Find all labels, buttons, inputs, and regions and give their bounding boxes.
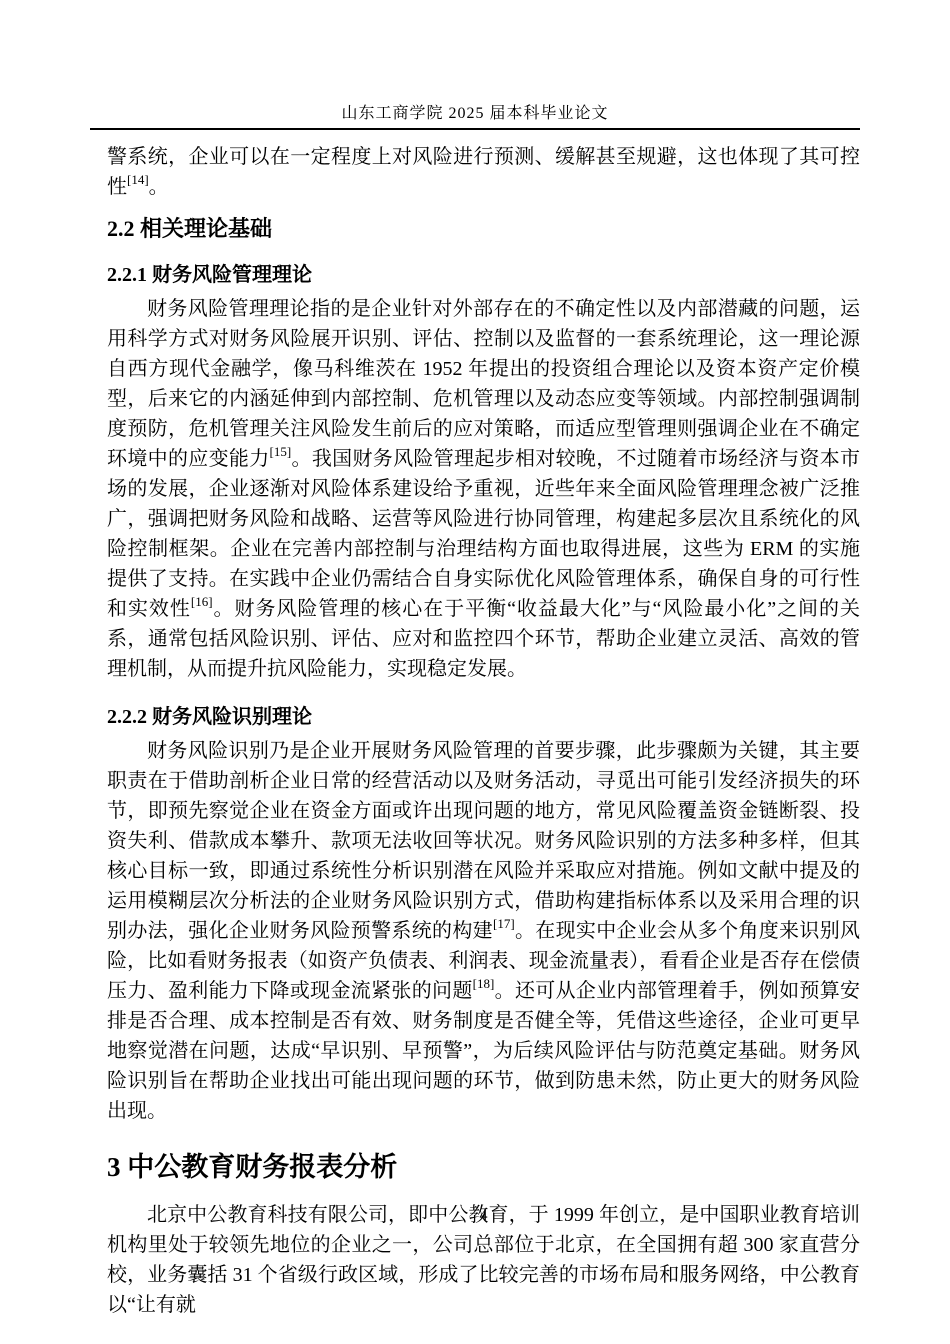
section-heading: 2.2.1 财务风险管理理论	[107, 263, 860, 288]
section-heading: 3 中公教育财务报表分析	[107, 1150, 860, 1184]
text-run: 2.2.2 财务风险识别理论	[107, 706, 312, 728]
footnote-ref: [15]	[270, 444, 292, 459]
text-run: 财务风险识别乃是企业开展财务风险管理的首要步骤，此步骤颇为关键，其主要职责在于借…	[107, 740, 860, 942]
text-run: 2.2 相关理论基础	[107, 216, 272, 241]
text-run: 。	[149, 176, 169, 198]
text-run: 警系统，企业可以在一定程度上对风险进行预测、缓解甚至规避，这也体现了其可控性	[107, 146, 860, 198]
footnote-ref: [17]	[493, 916, 515, 931]
running-header-text: 山东工商学院 2025 届本科毕业论文	[341, 105, 608, 122]
section-heading: 2.2.2 财务风险识别理论	[107, 705, 860, 730]
paragraph: 警系统，企业可以在一定程度上对风险进行预测、缓解甚至规避，这也体现了其可控性[1…	[107, 142, 860, 202]
footnote-ref: [16]	[191, 594, 213, 609]
text-run: 。财务风险管理的核心在于平衡“收益最大化”与“风险最小化”之间的关系，通常包括风…	[107, 598, 860, 680]
section-heading: 2.2 相关理论基础	[107, 216, 860, 242]
footnote-ref: [18]	[473, 976, 495, 991]
page-number: 4	[480, 1207, 488, 1224]
text-run: 2.2.1 财务风险管理理论	[107, 264, 312, 286]
paragraph: 财务风险识别乃是企业开展财务风险管理的首要步骤，此步骤颇为关键，其主要职责在于借…	[107, 736, 860, 1126]
running-header: 山东工商学院 2025 届本科毕业论文	[90, 104, 860, 124]
thesis-page: 山东工商学院 2025 届本科毕业论文 警系统，企业可以在一定程度上对风险进行预…	[0, 0, 950, 1344]
page-footer: 4	[107, 1206, 860, 1226]
text-run: 。我国财务风险管理起步相对较晚，不过随着市场经济与资本市场的发展，企业逐渐对风险…	[107, 448, 860, 620]
footnote-ref: [14]	[127, 172, 149, 187]
text-run: 财务风险管理理论指的是企业针对外部存在的不确定性以及内部潜藏的问题，运用科学方式…	[107, 298, 860, 470]
paragraph: 财务风险管理理论指的是企业针对外部存在的不确定性以及内部潜藏的问题，运用科学方式…	[107, 294, 860, 684]
text-run: 3 中公教育财务报表分析	[107, 1152, 397, 1182]
header-rule	[90, 128, 860, 130]
document-body: 警系统，企业可以在一定程度上对风险进行预测、缓解甚至规避，这也体现了其可控性[1…	[107, 142, 860, 1320]
